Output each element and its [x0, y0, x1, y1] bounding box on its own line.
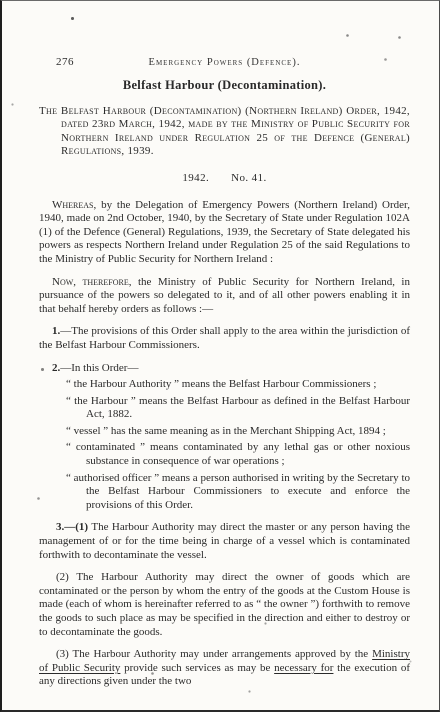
section-1-text: —The provisions of this Order shall appl…: [39, 325, 410, 351]
subsection-3-1-number: 3.—(1): [56, 521, 88, 533]
operative-lead: Now, therefore: [52, 276, 129, 288]
docket-number: No. 41.: [231, 172, 267, 186]
subsection-3-3-text-1: The Harbour Authority may under arrangem…: [69, 648, 372, 660]
page-number: 276: [56, 56, 74, 70]
scanned-document-page: 276 Emergency Powers (Defence). Belfast …: [0, 0, 440, 712]
section-1: 1.—The provisions of this Order shall ap…: [39, 325, 410, 352]
recital-paragraph: Whereas, by the Delegation of Emergency …: [39, 199, 410, 267]
definition-contaminated: “ contaminated ” means contaminated by a…: [39, 441, 410, 468]
definition-authorised-officer: “ authorised officer ” means a person au…: [39, 472, 410, 513]
docket-line: 1942. No. 41.: [39, 172, 410, 186]
section-1-number: 1.: [52, 325, 60, 337]
section-3-subsection-1: 3.—(1) The Harbour Authority may direct …: [39, 521, 410, 562]
section-2-text: —In this Order—: [60, 362, 138, 374]
subsection-3-2-text: The Harbour Authority may direct the own…: [39, 571, 410, 637]
page-header: 276 Emergency Powers (Defence).: [39, 56, 410, 70]
definition-harbour: “ the Harbour ” means the Belfast Harbou…: [39, 395, 410, 422]
scan-specks: [2, 1, 3, 2]
definitions-list: “ the Harbour Authority ” means the Belf…: [39, 378, 410, 512]
section-2: 2.—In this Order—: [39, 362, 410, 376]
section-3-subsection-3: (3) The Harbour Authority may under arra…: [39, 648, 410, 689]
subsection-3-1-text: The Harbour Authority may direct the mas…: [39, 521, 410, 560]
subsection-3-3-number: (3): [56, 648, 69, 660]
underlined-necessary-phrase: necessary for: [274, 662, 333, 674]
recital-text: , by the Delegation of Emergency Powers …: [39, 199, 410, 265]
section-3-subsection-2: (2) The Harbour Authority may direct the…: [39, 571, 410, 639]
definition-harbour-authority: “ the Harbour Authority ” means the Belf…: [39, 378, 410, 392]
document-title: Belfast Harbour (Decontamination).: [39, 79, 410, 93]
subsection-3-3-text-2: provide such services as may be: [120, 662, 274, 674]
recital-lead: Whereas: [52, 199, 94, 211]
definition-vessel: “ vessel ” has the same meaning as in th…: [39, 425, 410, 439]
subsection-3-2-number: (2): [56, 571, 69, 583]
running-header: Emergency Powers (Defence).: [39, 56, 410, 70]
docket-year: 1942.: [182, 172, 209, 186]
operative-paragraph: Now, therefore, the Ministry of Public S…: [39, 276, 410, 317]
section-2-number: 2.: [52, 362, 60, 374]
headnote: The Belfast Harbour (Decontamination) (N…: [39, 105, 410, 159]
